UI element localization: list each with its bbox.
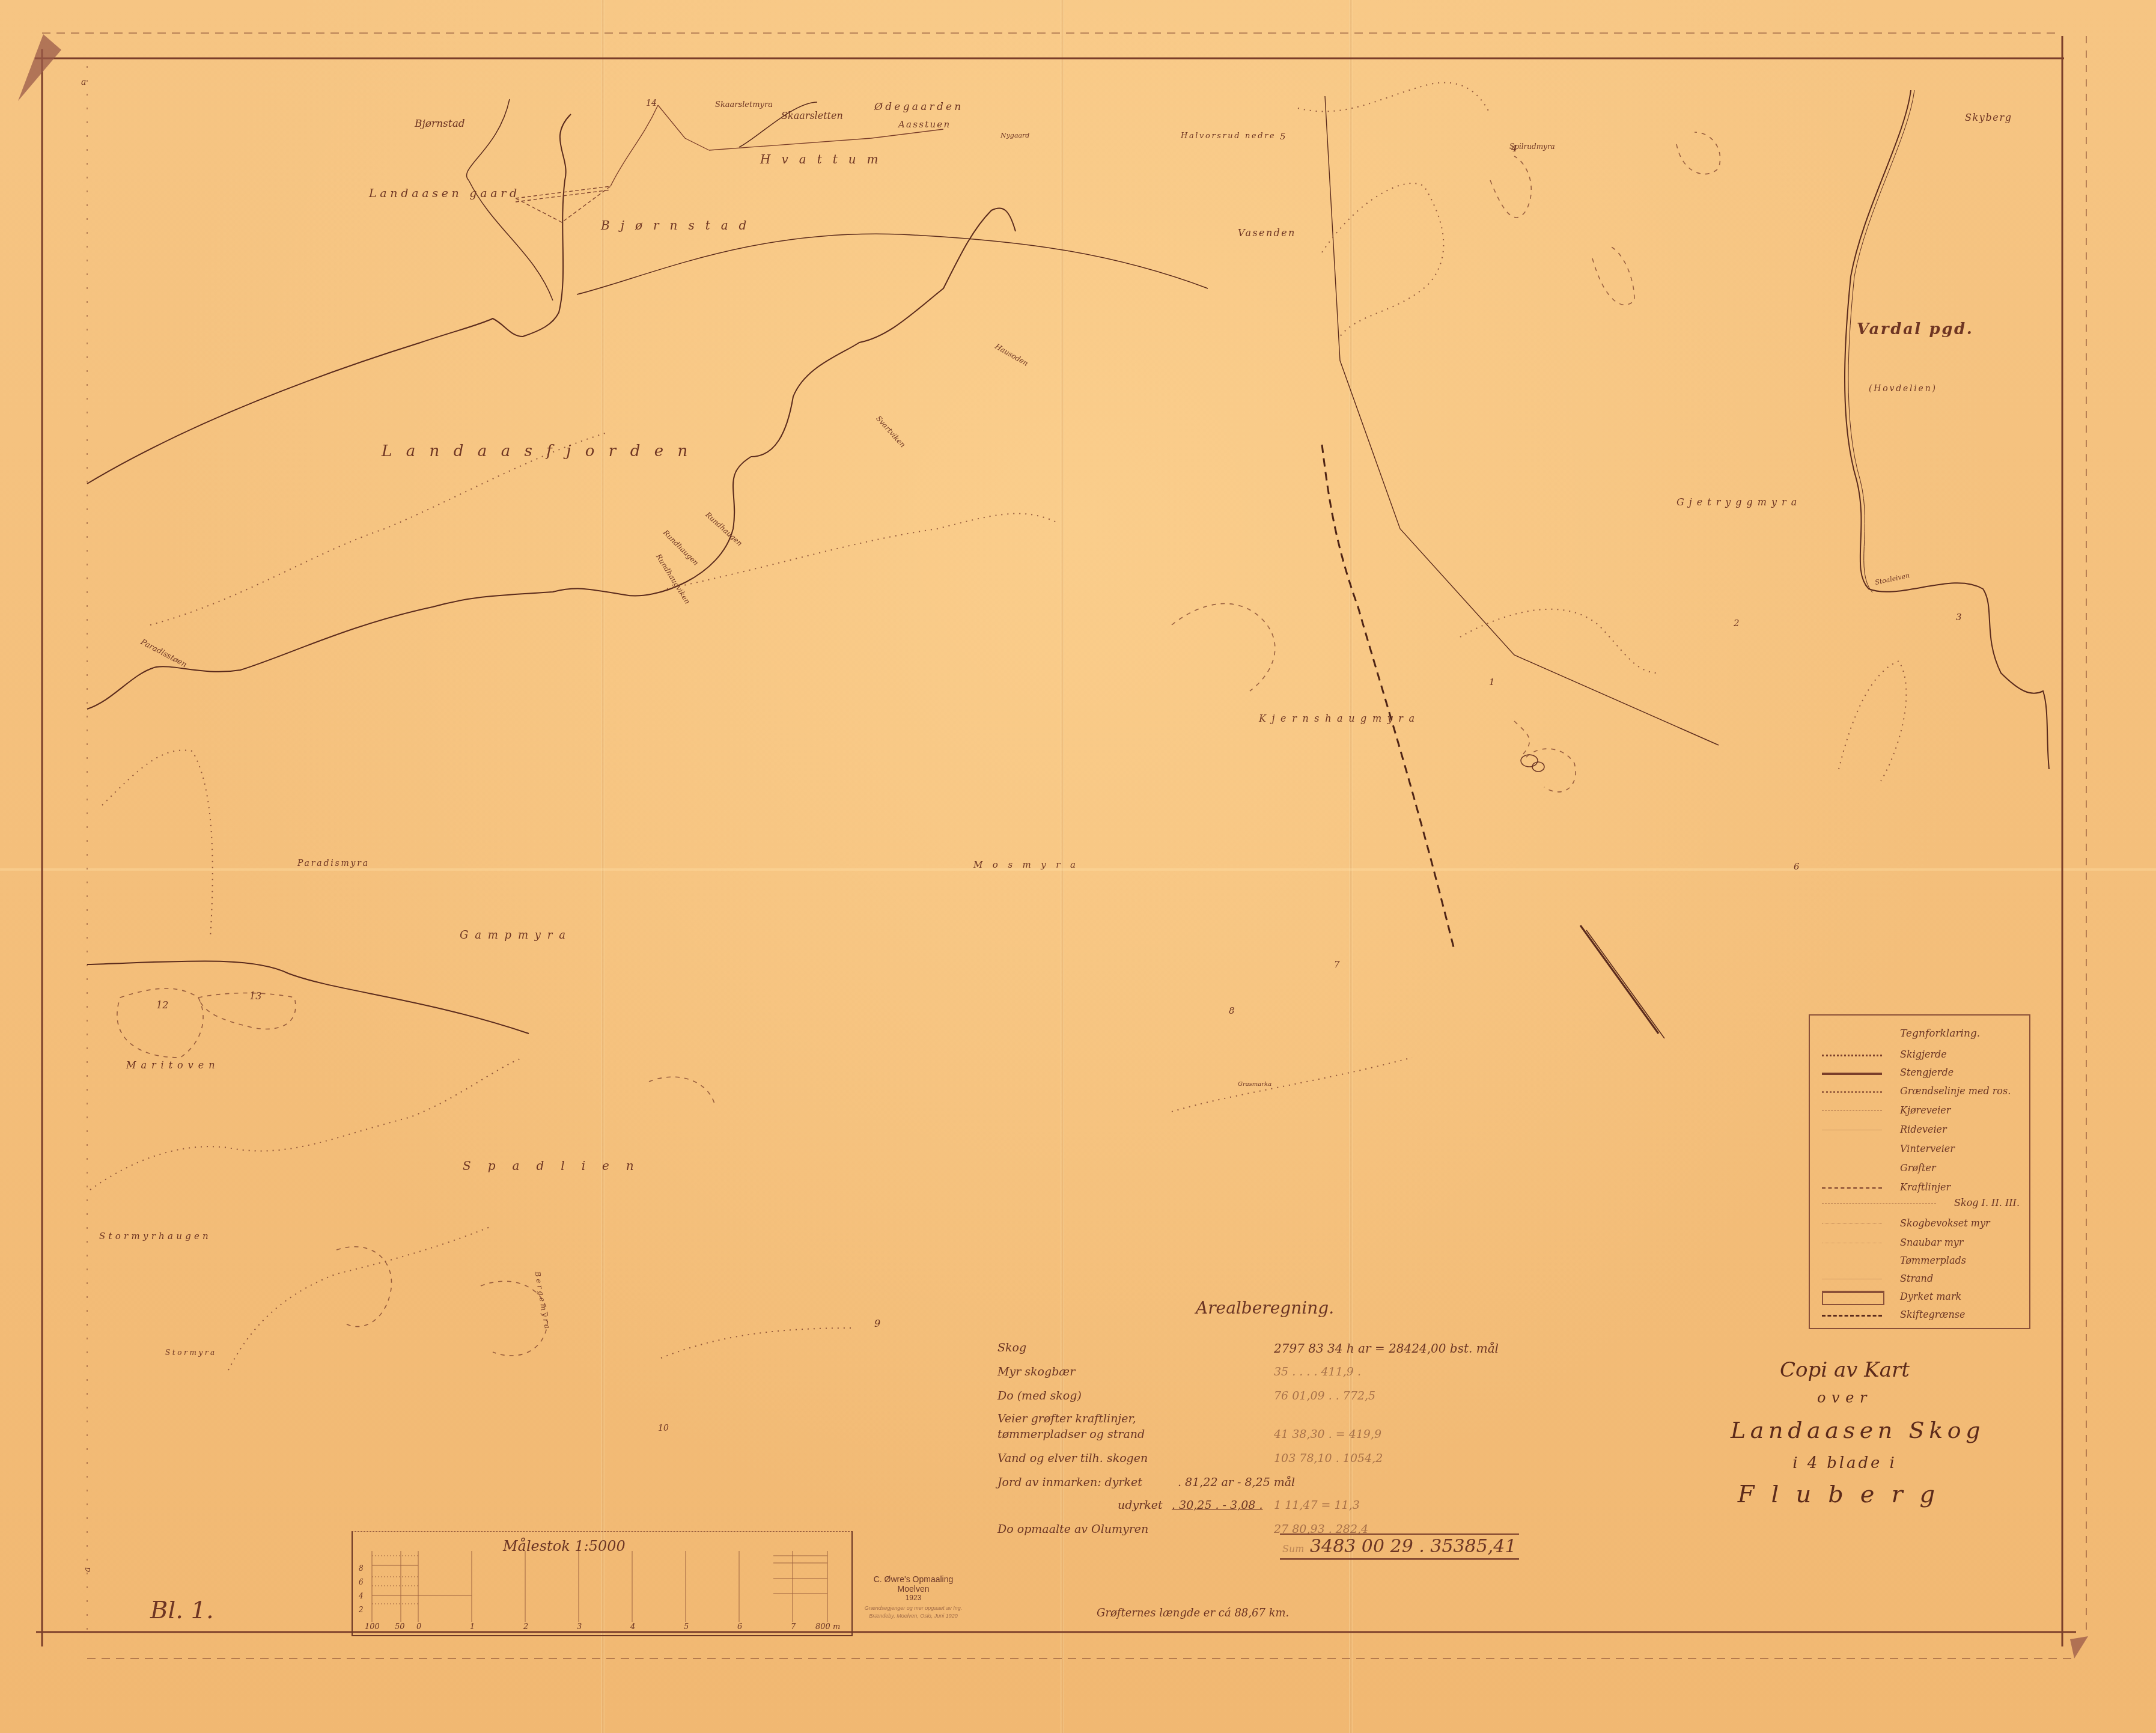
parcel-number: 2 xyxy=(1734,619,1740,628)
parcel-number: 14 xyxy=(646,99,657,108)
place-label: Gampmyra xyxy=(460,930,572,941)
parcel-number: 10 xyxy=(658,1424,669,1433)
legend-item: Strand xyxy=(1822,1273,2026,1287)
place-label: Skyberg xyxy=(1965,113,2012,123)
legend-item: Kraftlinjer xyxy=(1822,1181,2026,1196)
boundary-line xyxy=(1322,445,1454,949)
place-label: Grasmarka xyxy=(1238,1082,1271,1088)
title-line: over xyxy=(1731,1389,1959,1406)
place-label: (Hovdelien) xyxy=(1869,385,1937,393)
pond-icon xyxy=(1521,755,1544,772)
parcel-number: 12 xyxy=(156,1001,168,1010)
area-sum: Sum 3483 00 29 . 35385,41 xyxy=(1280,1534,1519,1560)
surveyor-stamp: C. Øwre's Opmaaling Moelven 1923 Grændse… xyxy=(853,1574,973,1619)
legend-item: Rideveier xyxy=(1822,1124,2026,1138)
legend-item: Tømmerplads xyxy=(1822,1255,2026,1269)
parcel-number: 6 xyxy=(1794,862,1800,871)
legend-item: Vinterveier xyxy=(1822,1143,2026,1157)
scale-ticks: 100 50 0 1 2 3 4 5 6 7 800 m xyxy=(353,1619,851,1631)
place-label: Maritoven xyxy=(126,1061,220,1070)
table-row: udyrket. 30,25 . - 3,08 .1 11,47 = 11,3 xyxy=(997,1499,1526,1517)
parcel-number: 8 xyxy=(1229,1007,1235,1016)
place-label: Skaarsletten xyxy=(781,111,843,121)
table-row: Skog2797 83 34 h ar = 28424,00 bst. mål xyxy=(997,1341,1526,1359)
title-line: i 4 blade i xyxy=(1731,1454,1959,1472)
property-line xyxy=(1325,96,1719,1038)
parcel-number: 13 xyxy=(249,991,261,1001)
legend-item: Grændselinje med ros. xyxy=(1822,1085,2026,1100)
place-label: Gjetryggmyra xyxy=(1676,498,1801,507)
legend-item: Snaubar myr xyxy=(1822,1237,2026,1251)
region-label: Vardal pgd. xyxy=(1857,321,1973,337)
river xyxy=(1845,90,2049,769)
legend-item: Stengjerde xyxy=(1822,1067,2026,1081)
place-label: Aasstuen xyxy=(898,120,951,129)
place-label: Stormyrhaugen xyxy=(99,1232,212,1241)
place-label: Skaarsletmyra xyxy=(715,101,773,109)
table-row: Myr skogbær35 . . . . 411,9 . xyxy=(997,1365,1526,1383)
dashed-boundary xyxy=(117,132,1720,1356)
scale-bar: Målestok 1:5000 100 50 0 1 2 3 4 5 xyxy=(352,1531,853,1636)
parcel-number: 7 xyxy=(1334,960,1340,969)
place-label: Nygaard xyxy=(1000,132,1029,139)
parcel-number: 9 xyxy=(874,1319,880,1329)
legend-title: Tegnforklaring. xyxy=(1900,1028,1980,1040)
place-label: Bjørnstad xyxy=(415,119,465,129)
corner-letter: a xyxy=(84,1567,92,1572)
property-line xyxy=(611,105,943,186)
place-label: Ødegaarden xyxy=(874,102,964,112)
place-label: Kjernshaugmyra xyxy=(1259,714,1421,723)
stream xyxy=(466,99,1208,300)
map-title: Landaasen Skog xyxy=(1731,1417,1959,1443)
table-row: Jord av inmarken: dyrket. 81,22 ar - 8,2… xyxy=(997,1476,1526,1494)
table-row: Vand og elver tilh. skogen103 78,10 . 10… xyxy=(997,1452,1526,1470)
shoreline xyxy=(87,114,1016,709)
place-label: Stormyra xyxy=(165,1349,217,1356)
legend-item: Dyrket mark xyxy=(1822,1291,2026,1305)
parcel-number: 1 xyxy=(1489,678,1495,687)
place-label: Halvorsrud nedre xyxy=(1181,132,1276,140)
lake-label: Landaasfjorden xyxy=(382,443,702,459)
place-label: Spadlien xyxy=(463,1160,651,1172)
area-calculation-title: Arealberegning. xyxy=(1196,1298,1334,1318)
legend-item: Skog I. II. III. xyxy=(1822,1197,2026,1211)
legend-item: Skiftegrænse xyxy=(1822,1309,2026,1323)
place-label: Mosmyra xyxy=(973,860,1085,870)
legend-item: Grøfter xyxy=(1822,1162,2026,1177)
table-row: tømmerpladser og strand41 38,30 . = 419,… xyxy=(997,1428,1526,1446)
dotted-boundary xyxy=(90,82,1906,1370)
corner-letter: a xyxy=(81,78,86,87)
place-label: Bjørnstad xyxy=(601,219,757,231)
legend-item: Skigjerde xyxy=(1822,1049,2026,1063)
place-label: Hvattum xyxy=(760,153,889,165)
legend-item: Skogbevokset myr xyxy=(1822,1217,2026,1232)
area-calculation-table: Arealberegning. Skog2797 83 34 h ar = 28… xyxy=(997,1298,1526,1562)
scale-side-ticks: 8 6 4 2 xyxy=(359,1562,364,1617)
legend-box: Tegnforklaring. Skigjerde Stengjerde Græ… xyxy=(1809,1014,2030,1329)
parcel-number: 3 xyxy=(1956,613,1962,622)
title-line: Fluberg xyxy=(1731,1481,1959,1508)
title-line: Copi av Kart xyxy=(1731,1358,1959,1382)
road xyxy=(87,961,529,1034)
ditch-length-note: Grøfternes længde er cá 88,67 km. xyxy=(1097,1608,1289,1619)
legend-item: Kjøreveier xyxy=(1822,1104,2026,1119)
table-row: Do (med skog)76 01,09 . . 772,5 xyxy=(997,1389,1526,1407)
place-label: Vasenden xyxy=(1238,228,1296,238)
parcel-number: 4 xyxy=(1511,144,1517,153)
place-label: Paradismyra xyxy=(297,859,370,868)
place-label: Landaasen gaard xyxy=(369,188,520,199)
sheet-label: Bl. 1. xyxy=(150,1598,214,1622)
map-title-block: Copi av Kart over Landaasen Skog i 4 bla… xyxy=(1731,1358,1959,1508)
parcel-number: 5 xyxy=(1280,132,1286,141)
